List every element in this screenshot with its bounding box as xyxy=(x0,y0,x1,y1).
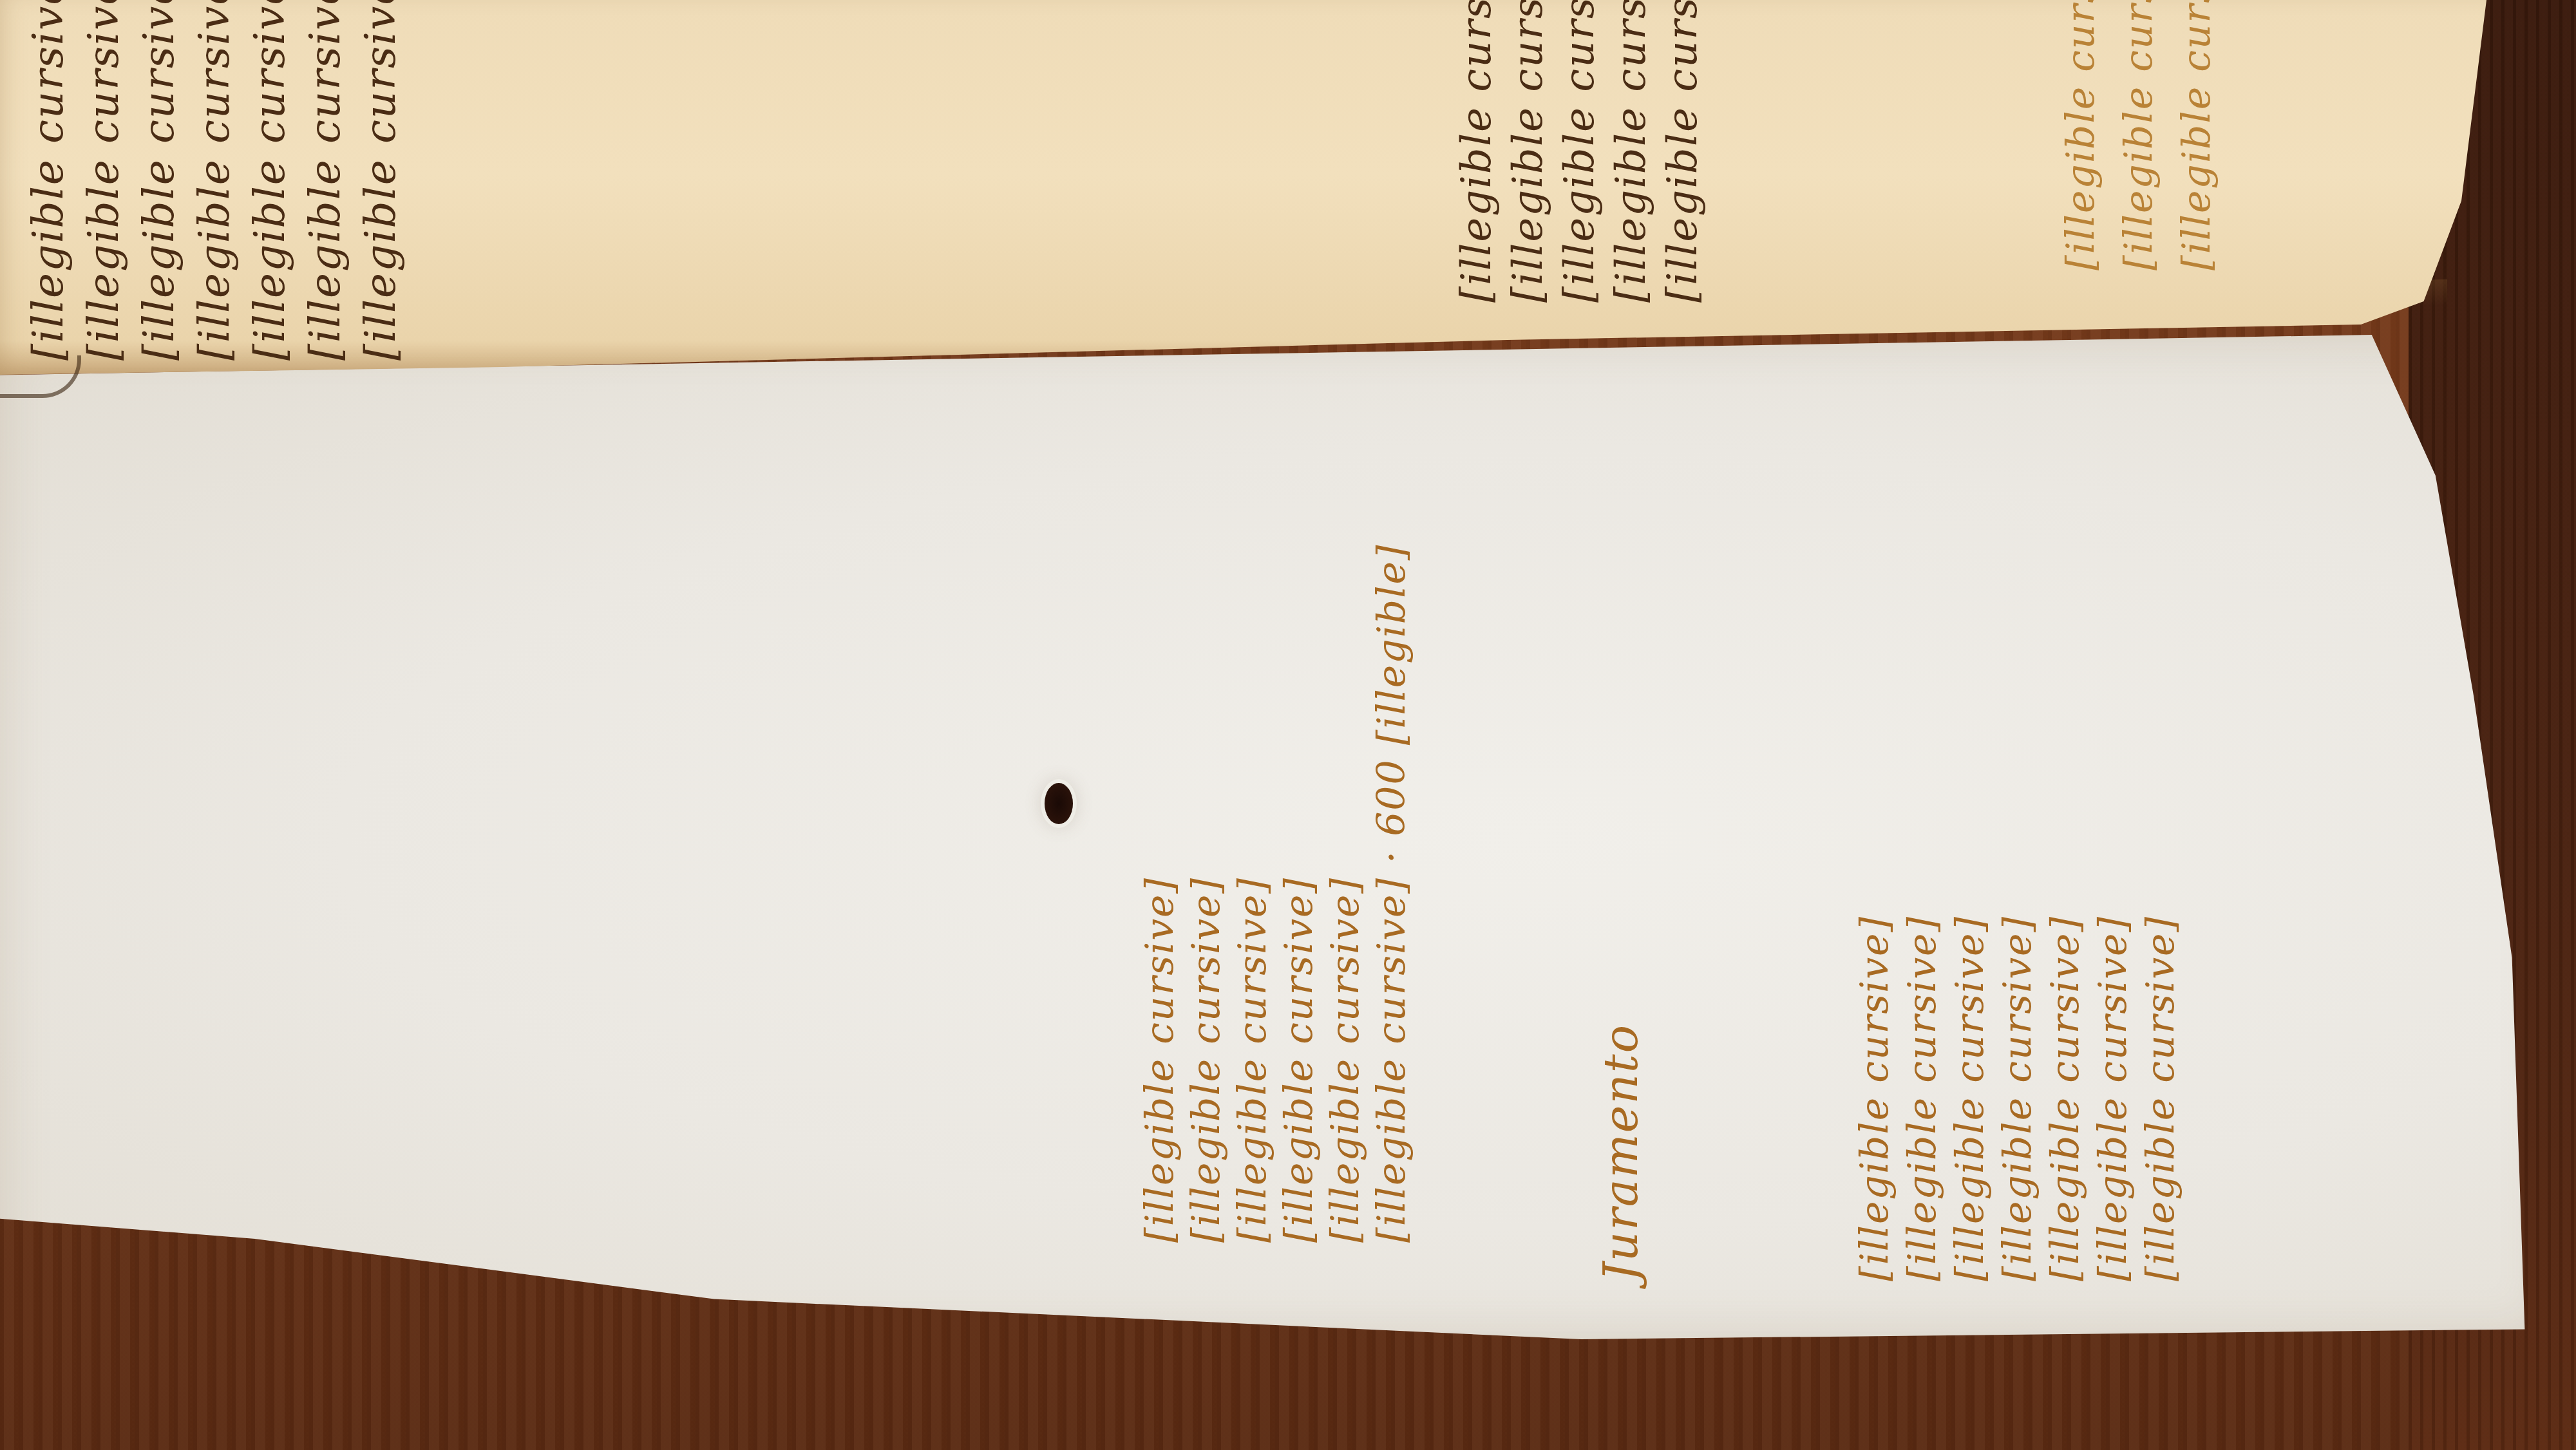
lower-text-block-a: [illegible cursive] [illegible cursive] … xyxy=(1140,544,1418,1243)
text-line: [illegible cursive] xyxy=(81,0,137,361)
text-line: [illegible cursive] xyxy=(1950,916,1998,1281)
upper-right-text-block: [illegible cursive] [illegible cursive] … xyxy=(2061,0,2235,270)
text-line: [illegible cursive] xyxy=(1902,916,1950,1281)
punch-hole xyxy=(1045,783,1073,824)
text-line: [illegible cursive] xyxy=(247,0,303,361)
text-line: [illegible cursive] · 600 [illegible] xyxy=(1372,544,1418,1243)
text-line: [illegible cursive] xyxy=(1279,544,1325,1243)
text-line: [illegible cursive] xyxy=(2141,916,2188,1281)
text-line: [illegible cursive] xyxy=(1455,0,1507,303)
text-line: [illegible cursive] xyxy=(1610,0,1662,303)
upper-left-text-block: [illegible cursive] [illegible cursive] … xyxy=(26,0,413,361)
text-line: [illegible cursive] xyxy=(2061,0,2119,270)
text-line: [illegible cursive] xyxy=(137,0,192,361)
lower-text-block-c: [illegible cursive] [illegible cursive] … xyxy=(1855,916,2188,1281)
text-line: [illegible cursive] xyxy=(1186,544,1233,1243)
text-line: [illegible cursive] xyxy=(2045,916,2093,1281)
text-line: [illegible cursive] xyxy=(1855,916,1902,1281)
text-line: [illegible cursive] xyxy=(303,0,358,361)
upper-middle-text-block: [illegible cursive] [illegible cursive] … xyxy=(1455,0,1713,303)
lower-text-block-juramento: Juramento xyxy=(1597,1024,1646,1281)
text-line: [illegible cursive] xyxy=(26,0,81,361)
text-line: [illegible cursive] xyxy=(1558,0,1610,303)
heading-word: Juramento xyxy=(1597,1024,1646,1281)
text-line: [illegible cursive] xyxy=(1233,544,1279,1243)
text-line: [illegible cursive] xyxy=(192,0,247,361)
text-line: [illegible cursive] xyxy=(1140,544,1186,1243)
text-line: [illegible cursive] xyxy=(2119,0,2177,270)
text-line: [illegible cursive, crossed out] xyxy=(2177,0,2235,270)
manuscript-photo: [illegible cursive] [illegible cursive] … xyxy=(0,0,2576,1450)
text-line: [illegible cursive] xyxy=(1325,544,1372,1243)
text-line: [illegible cursive] xyxy=(1998,916,2045,1281)
text-line: [illegible cursive] xyxy=(358,0,413,361)
text-line: [illegible cursive] xyxy=(1507,0,1558,303)
text-line: [illegible cursive] xyxy=(2093,916,2141,1281)
text-line: [illegible cursive] xyxy=(1662,0,1713,303)
